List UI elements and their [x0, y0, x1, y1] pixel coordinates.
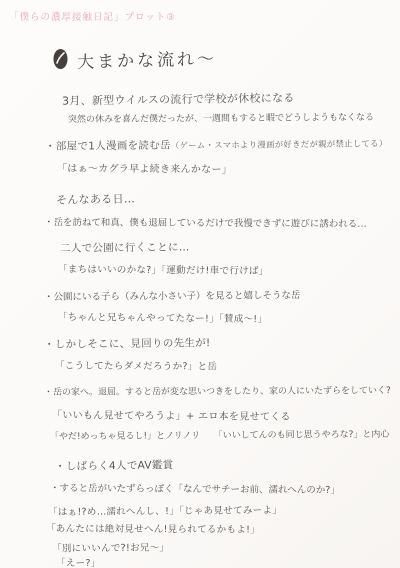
note-line: 「やだ!めっちゃ見るし!」とノリノリ 「いいしてんのも同じ思うやろな?」と内心 [50, 427, 389, 442]
note-line: 「別にいいんで?!お兄〜」 [52, 539, 169, 554]
note-line: ・しかしそこに、見回りの先生が! [44, 335, 211, 352]
note-line: 「まちはいいのかな?」「運動だけ!車で行けば」 [58, 261, 269, 277]
note-line: ・部屋で1人漫画を読む岳（ゲーム・スマホより漫画が好きだが親が禁止してる） [45, 135, 388, 154]
note-line: 「えー?」 [56, 555, 101, 568]
note-line: 二人で公園に行くことに… [60, 239, 190, 255]
note-line: 「ちゃんと兄ちゃんやってたなー!」「賛成〜!」 [58, 309, 267, 325]
note-line: 「はぁ〜カグラ早よ続き来んかなー」 [57, 159, 232, 175]
note-line: 「いいもん見せてやろうよ」+ エロ本を見せてくる [52, 406, 291, 423]
note-line: ・岳の家へ。退屈。すると岳が変な思いつきをしたり、家の人にいたずらをしていく? [44, 383, 391, 398]
note-line: ・しばらく4人でAV鑑賞 [55, 457, 174, 474]
note-line-annotation: （ゲーム・スマホより漫画が好きだが親が禁止してる） [171, 138, 388, 150]
pen-scribble-icon [52, 48, 69, 70]
note-line: ・岳を訪ねて和真、僕も退屈しているだけで我慢できずに遊びに誘われる… [44, 214, 367, 230]
note-line: 「あんたには絶対見せへん!見られてるかもよ!」 [46, 520, 260, 535]
section-heading-label: 大まかな流れ〜 [77, 44, 218, 73]
note-line: 突然の休みを喜んだ僕だったが、一週間もすると暇でどうしようもなくなる [68, 110, 374, 125]
note-line: 「こうしてたらダメだろうか?」と岳 [55, 358, 217, 373]
note-line: 「はぁ!?め…濡れへんし、!」「じゃあ見せてみーよ」 [48, 502, 282, 518]
page-title: 「僕らの濃厚接触日記」プロット③ [9, 9, 176, 23]
section-heading: 大まかな流れ〜 [52, 46, 217, 71]
note-line: そんなある日… [56, 190, 135, 207]
notes-page: 「僕らの濃厚接触日記」プロット③ 大まかな流れ〜 3月、新型ウイルスの流行で学校… [0, 0, 400, 568]
note-line: 3月、新型ウイルスの流行で学校が休校になる [62, 89, 295, 108]
note-line: ・すると岳がいたずらっぽく「なんでサチーお前、濡れへんのか?」 [50, 480, 340, 496]
note-line: ・公園にいる子ら（みんな小さい子）を見ると嬉しそうな岳 [44, 287, 301, 303]
